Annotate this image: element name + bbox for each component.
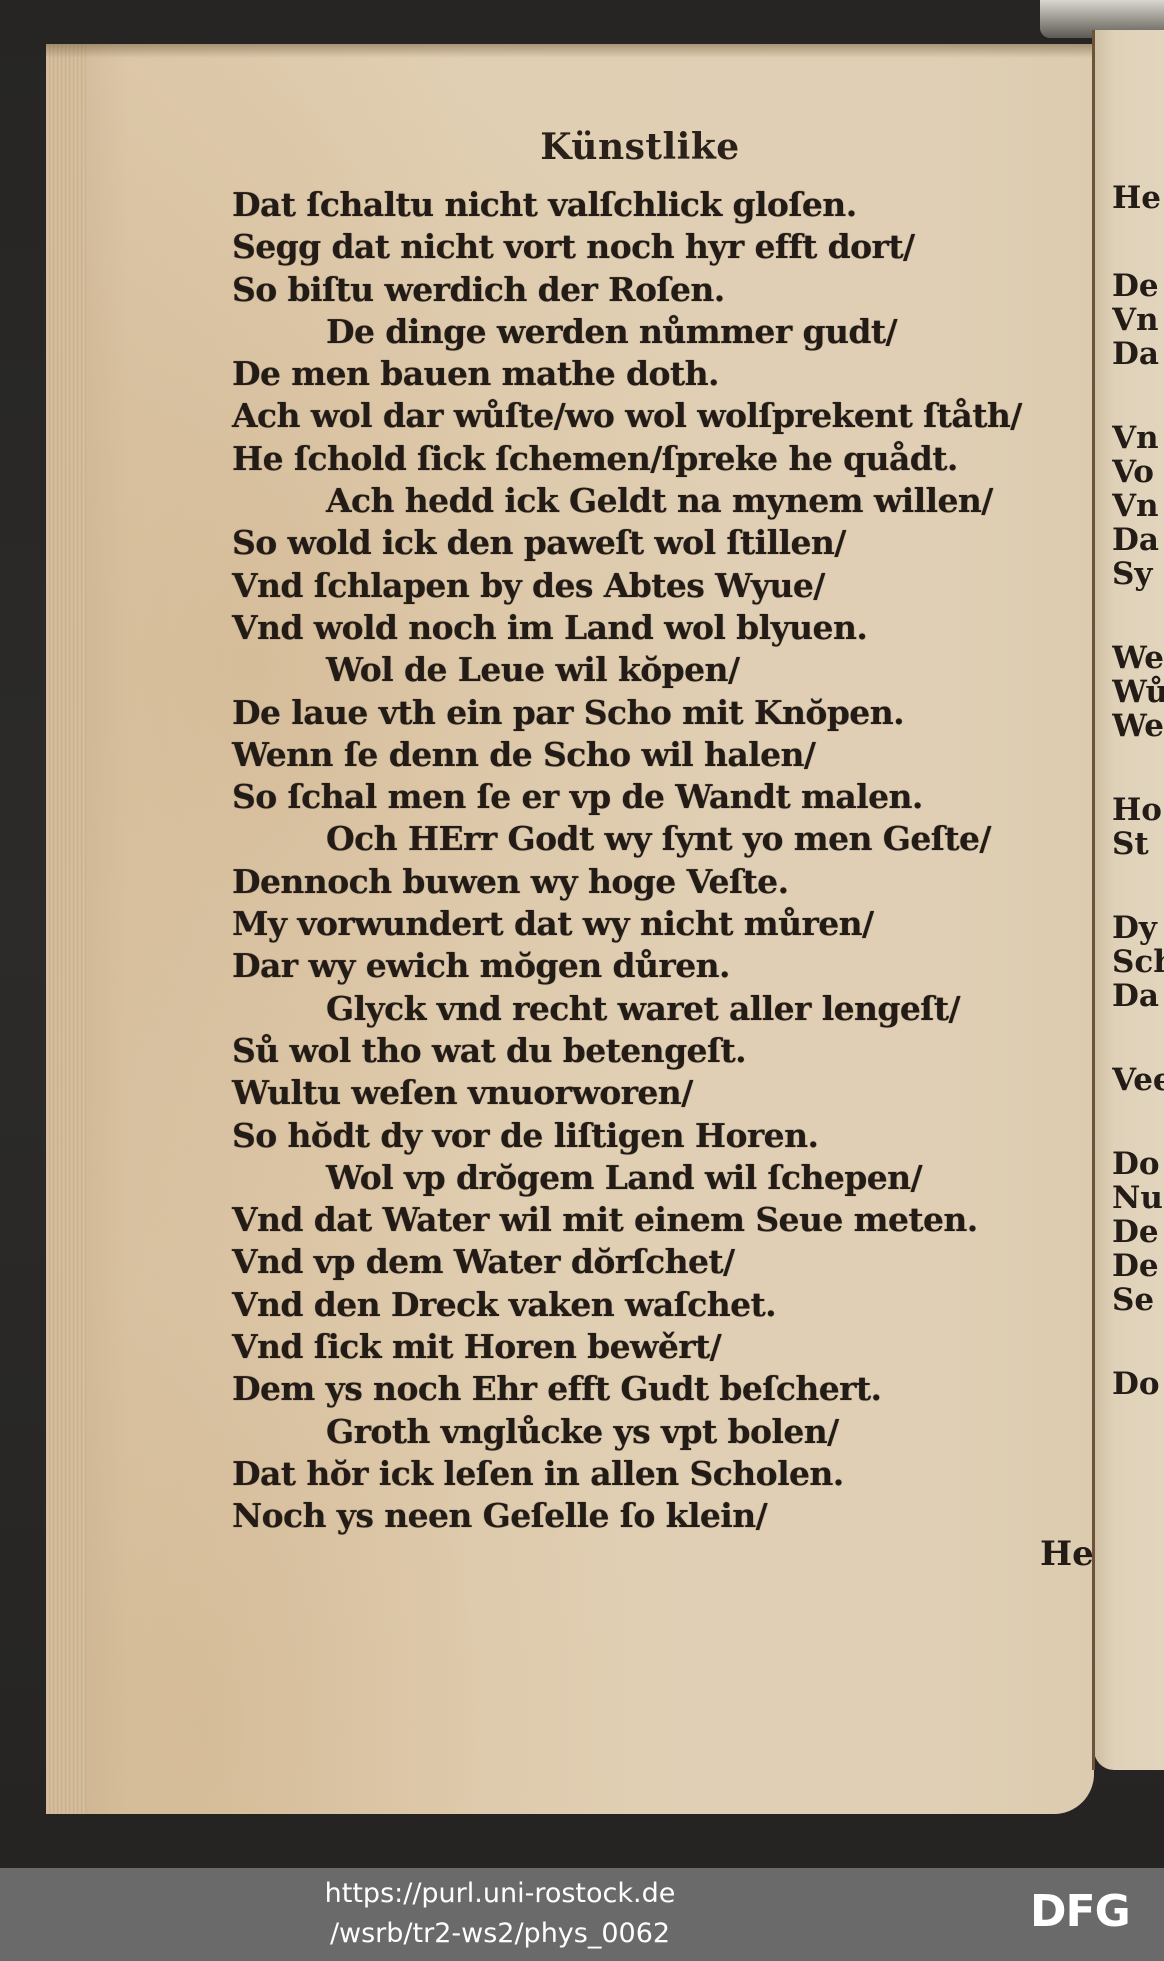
facing-page-fragment: Se — [1112, 1282, 1154, 1318]
verse-line: Sů wol tho wat du betengeſt. — [232, 1030, 1092, 1072]
verse-line: So ſchal men ſe er vp de Wandt malen. — [232, 776, 1092, 818]
verse-line: Groth vnglůcke ys vpt bolen/ — [232, 1411, 1092, 1453]
facing-page-fragment: We — [1112, 640, 1164, 676]
page-fore-edge — [46, 44, 86, 1814]
verse-line: Noch ys neen Geſelle ſo klein/ — [232, 1495, 1092, 1537]
verse-line: My vorwundert dat wy nicht můren/ — [232, 903, 1092, 945]
verse-line: Dat ſchaltu nicht valſchlick gloſen. — [232, 184, 1092, 226]
verse-line: Och HErr Godt wy ſynt yo men Geſte/ — [232, 818, 1092, 860]
facing-page-fragment: St — [1112, 826, 1149, 862]
catchword: He — [1040, 1534, 1094, 1574]
facing-page-fragment: Vo — [1112, 454, 1154, 490]
verse-line: Dat hŏr ick leſen in allen Scholen. — [232, 1453, 1092, 1495]
verse-line: Ach hedd ick Geldt na mynem willen/ — [232, 480, 1092, 522]
verse-line: Vnd vp dem Water dŏrſchet/ — [232, 1241, 1092, 1283]
verse-line: Segg dat nicht vort noch hyr efft dort/ — [232, 226, 1092, 268]
facing-page-fragment: Ho — [1112, 792, 1162, 828]
verse-line: Vnd dat Water wil mit einem Seue meten. — [232, 1199, 1092, 1241]
verse-line: Glyck vnd recht waret aller lengeſt/ — [232, 988, 1092, 1030]
facing-page-fragment: Da — [1112, 978, 1159, 1014]
verse-line: Dennoch buwen wy hoge Veſte. — [232, 861, 1092, 903]
book-gutter — [1092, 30, 1095, 1770]
facing-page-fragment: De — [1112, 268, 1159, 304]
verse-line: Wenn ſe denn de Scho wil halen/ — [232, 734, 1092, 776]
permalink-line-2: /wsrb/tr2-ws2/phys_0062 — [0, 1914, 1000, 1954]
verse-line: De laue vth ein par Scho mit Knŏpen. — [232, 692, 1092, 734]
verse-line: Dem ys noch Ehr efft Gudt beſchert. — [232, 1368, 1092, 1410]
verse-line: Vnd ſick mit Horen bewěrt/ — [232, 1326, 1092, 1368]
facing-page-fragment: Vee — [1112, 1062, 1164, 1098]
verse-line: Ach wol dar wůſte/wo wol wolſprekent ſtå… — [232, 395, 1092, 437]
facing-page-text-fragments: HeDeVnDaVnVoVnDaSyWeWůWeHoStDySchDaVeeDo… — [1112, 0, 1164, 1868]
dfg-logo: DFG — [1030, 1890, 1130, 1934]
facing-page-fragment: He — [1112, 180, 1161, 216]
facing-page-fragment: We — [1112, 708, 1164, 744]
verse-text-block: Dat ſchaltu nicht valſchlick gloſen.Segg… — [232, 184, 1092, 1538]
verse-line: Vnd wold noch im Land wol blyuen. — [232, 607, 1092, 649]
facing-page-fragment: Nu — [1112, 1180, 1163, 1216]
facing-page-fragment: Vn — [1112, 488, 1159, 524]
verse-line: Wol vp drŏgem Land wil ſchepen/ — [232, 1157, 1092, 1199]
verse-line: De dinge werden nůmmer gudt/ — [232, 311, 1092, 353]
permalink-line-1: https://purl.uni-rostock.de — [0, 1874, 1000, 1914]
verse-line: Dar wy ewich mŏgen důren. — [232, 945, 1092, 987]
verse-line: So hŏdt dy vor de liſtigen Horen. — [232, 1115, 1092, 1157]
verse-line: De men bauen mathe doth. — [232, 353, 1092, 395]
facing-page-fragment: Da — [1112, 522, 1159, 558]
verse-line: Wol de Leue wil kŏpen/ — [232, 649, 1092, 691]
verse-line: Vnd ſchlapen by des Abtes Wyue/ — [232, 565, 1092, 607]
facing-page-fragment: Da — [1112, 336, 1159, 372]
verse-line: So wold ick den paweſt wol ſtillen/ — [232, 522, 1092, 564]
facing-page-fragment: Sch — [1112, 944, 1164, 980]
facing-page-fragment: Sy — [1112, 556, 1152, 592]
permalink[interactable]: https://purl.uni-rostock.de /wsrb/tr2-ws… — [0, 1874, 1000, 1954]
footer-bar: https://purl.uni-rostock.de /wsrb/tr2-ws… — [0, 1868, 1164, 1961]
facing-page-fragment: Do — [1112, 1366, 1160, 1402]
facing-page-fragment: Vn — [1112, 420, 1159, 456]
facing-page-fragment: De — [1112, 1214, 1159, 1250]
verse-line: He ſchold ſick ſchemen/ſpreke he quådt. — [232, 438, 1092, 480]
verse-line: Wultu weſen vnuorworen/ — [232, 1072, 1092, 1114]
verse-line: Vnd den Dreck vaken waſchet. — [232, 1284, 1092, 1326]
running-head: Künstlike — [0, 126, 1164, 168]
facing-page-fragment: Wů — [1112, 674, 1164, 710]
facing-page-fragment: Dy — [1112, 910, 1157, 946]
verse-line: So biſtu werdich der Roſen. — [232, 269, 1092, 311]
facing-page-fragment: Do — [1112, 1146, 1160, 1182]
facing-page-fragment: Vn — [1112, 302, 1159, 338]
page-top-shadow — [46, 44, 1094, 58]
facing-page-fragment: De — [1112, 1248, 1159, 1284]
